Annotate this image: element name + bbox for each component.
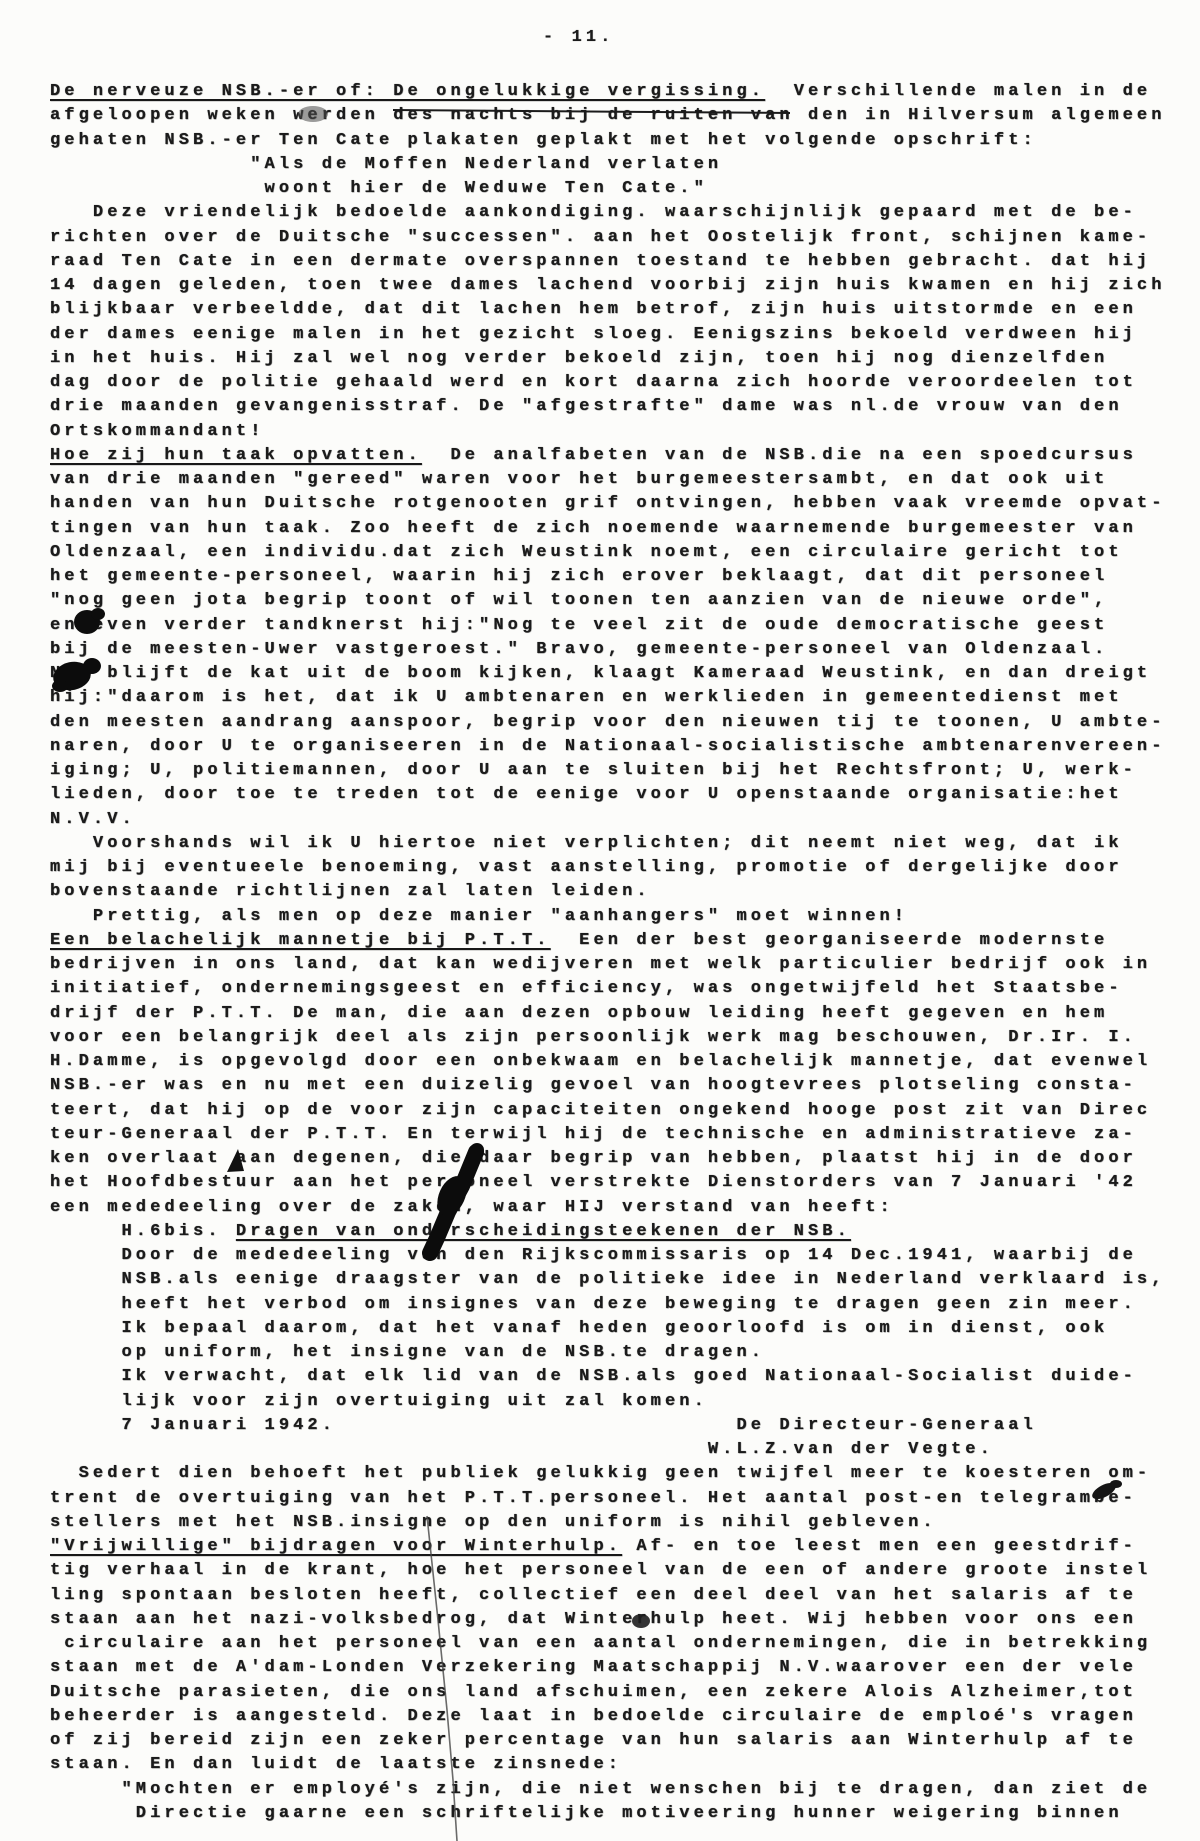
text-line: het Hoofdbestuur aan het personeel verst… [50,1171,1180,1195]
text-line: dag door de politie gehaald werd en kort… [50,371,1180,395]
text-line: ken overlaat aan degenen, die daar begri… [50,1147,1180,1171]
text-line: stellers met het NSB.insigne op den unif… [50,1511,1180,1535]
text-line: "Als de Moffen Nederland verlaten [50,153,1180,177]
text-line: raad Ten Cate in een dermate overspannen… [50,250,1180,274]
text-line: Deze vriendelijk bedoelde aankondiging. … [50,201,1180,225]
text-line: H.6bis. Dragen van onderscheidingsteeken… [50,1220,1180,1244]
text-line: der dames eenige malen in het gezicht sl… [50,323,1180,347]
text-line: lieden, door toe te treden tot de eenige… [50,783,1180,807]
text-lines: De nerveuze NSB.-er of: De ongelukkige v… [50,80,1180,1826]
text-line: initiatief, ondernemingsgeest en efficie… [50,977,1180,1001]
text-line: Door de mededeeling van den Rijkscommiss… [50,1244,1180,1268]
text-line: Ik verwacht, dat elk lid van de NSB.als … [50,1365,1180,1389]
text-line: iging; U, politiemannen, door U aan te s… [50,759,1180,783]
text-line: De nerveuze NSB.-er of: De ongelukkige v… [50,80,1180,104]
text-line: Voorshands wil ik U hiertoe niet verplic… [50,832,1180,856]
text-line: afgeloopen weken werden des nachts bij d… [50,104,1180,128]
text-line: heeft het verbod om insignes van deze be… [50,1293,1180,1317]
text-line: "nog geen jota begrip toont of wil toone… [50,589,1180,613]
text-line: NSB.als eenige draagster van de politiek… [50,1268,1180,1292]
text-line: Ik bepaal daarom, dat het vanaf heden ge… [50,1317,1180,1341]
text-line: den meesten aandrang aanspoor, begrip vo… [50,711,1180,735]
text-line: naren, door U te organiseeren in de Nati… [50,735,1180,759]
text-line: ling spontaan besloten heeft, collectief… [50,1584,1180,1608]
text-line: van drie maanden "gereed" waren voor het… [50,468,1180,492]
scanned-document-page: - 11. De nerveuze NSB.-er of: De ongeluk… [0,0,1200,1841]
text-line: Directie gaarne een schriftelijke motive… [50,1802,1180,1826]
text-line: Nog blijft de kat uit de boom kijken, kl… [50,662,1180,686]
text-line: staan. En dan luidt de laatste zinsnede: [50,1753,1180,1777]
text-line: bedrijven in ons land, dat kan wedijvere… [50,953,1180,977]
text-line: Ortskommandant! [50,420,1180,444]
text-line: in het huis. Hij zal wel nog verder beko… [50,347,1180,371]
text-line: Duitsche parasieten, die ons land afschu… [50,1681,1180,1705]
text-line: lijk voor zijn overtuiging uit zal komen… [50,1390,1180,1414]
text-line: Hoe zij hun taak opvatten. De analfabete… [50,444,1180,468]
text-line: beheerder is aangesteld. Deze laat in be… [50,1705,1180,1729]
text-line: W.L.Z.van der Vegte. [50,1438,1180,1462]
text-line: tig verhaal in de krant, hoe het persone… [50,1559,1180,1583]
text-line: teert, dat hij op de voor zijn capacitei… [50,1099,1180,1123]
text-line: blijkbaar verbeeldde, dat dit lachen hem… [50,298,1180,322]
text-line: en even verder tandknerst hij:"Nog te ve… [50,614,1180,638]
text-line: voor een belangrijk deel als zijn persoo… [50,1026,1180,1050]
text-line: drijf der P.T.T. De man, die aan dezen o… [50,1002,1180,1026]
text-line: 14 dagen geleden, toen twee dames lachen… [50,274,1180,298]
text-line: teur-Generaal der P.T.T. En terwijl hij … [50,1123,1180,1147]
text-line: een mededeeling over de zaken, waar HIJ … [50,1196,1180,1220]
text-line: trent de overtuiging van het P.T.T.perso… [50,1487,1180,1511]
text-line: N.V.V. [50,808,1180,832]
text-line: het gemeente-personeel, waarin hij zich … [50,565,1180,589]
text-line: H.Damme, is opgevolgd door een onbekwaam… [50,1050,1180,1074]
text-line: "Vrijwillige" bijdragen voor Winterhulp.… [50,1535,1180,1559]
page-number: - 11. [543,28,615,47]
text-line: richten over de Duitsche "successen". aa… [50,226,1180,250]
text-line: NSB.-er was en nu met een duizelig gevoe… [50,1074,1180,1098]
text-line: Prettig, als men op deze manier "aanhang… [50,905,1180,929]
text-line: bij de meesten-Uwer vastgeroest." Bravo,… [50,638,1180,662]
text-line: staan met de A'dam-Londen Verzekering Ma… [50,1656,1180,1680]
text-line: Oldenzaal, een individu.dat zich Weustin… [50,541,1180,565]
text-line: "Mochten er employé's zijn, die niet wen… [50,1778,1180,1802]
text-line: circulaire aan het personeel van een aan… [50,1632,1180,1656]
text-line: Een belachelijk mannetje bij P.T.T. Een … [50,929,1180,953]
text-line: woont hier de Weduwe Ten Cate." [50,177,1180,201]
text-line: staan aan het nazi-volksbedrog, dat Wint… [50,1608,1180,1632]
text-line: mij bij eventueele benoeming, vast aanst… [50,856,1180,880]
text-line: of zij bereid zijn een zeker percentage … [50,1729,1180,1753]
text-line: handen van hun Duitsche rotgenooten grif… [50,492,1180,516]
text-line: gehaten NSB.-er Ten Cate plakaten geplak… [50,129,1180,153]
text-line: 7 Januari 1942. De Directeur-Generaal [50,1414,1180,1438]
text-line: op uniform, het insigne van de NSB.te dr… [50,1341,1180,1365]
text-line: tingen van hun taak. Zoo heeft de zich n… [50,517,1180,541]
text-line: drie maanden gevangenisstraf. De "afgest… [50,395,1180,419]
text-line: hij:"daarom is het, dat ik U ambtenaren … [50,686,1180,710]
text-line: Sedert dien behoeft het publiek gelukkig… [50,1462,1180,1486]
text-line: bovenstaande richtlijnen zal laten leide… [50,880,1180,904]
